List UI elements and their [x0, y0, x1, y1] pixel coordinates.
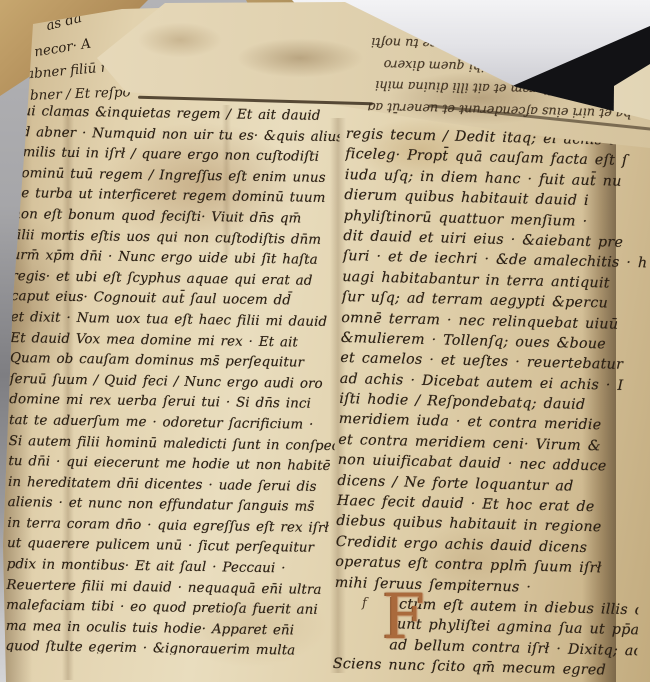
- illuminated-initial-F: F: [382, 586, 425, 648]
- text-column-left: qui clamas &inquietas regem / Et ait dau…: [5, 104, 340, 657]
- text-fragment: bner / Et reſpo: [30, 84, 131, 104]
- text-fragment: necor· A: [33, 36, 92, 61]
- manuscript-photo: as da necor· A abner filiū r bner / Et r…: [0, 0, 650, 682]
- text-fragment: abner filiū r: [25, 59, 107, 82]
- text-column-right: regis tecum / Dedit itaq; ei achis ifice…: [333, 126, 650, 678]
- guide-letter: f: [362, 596, 367, 611]
